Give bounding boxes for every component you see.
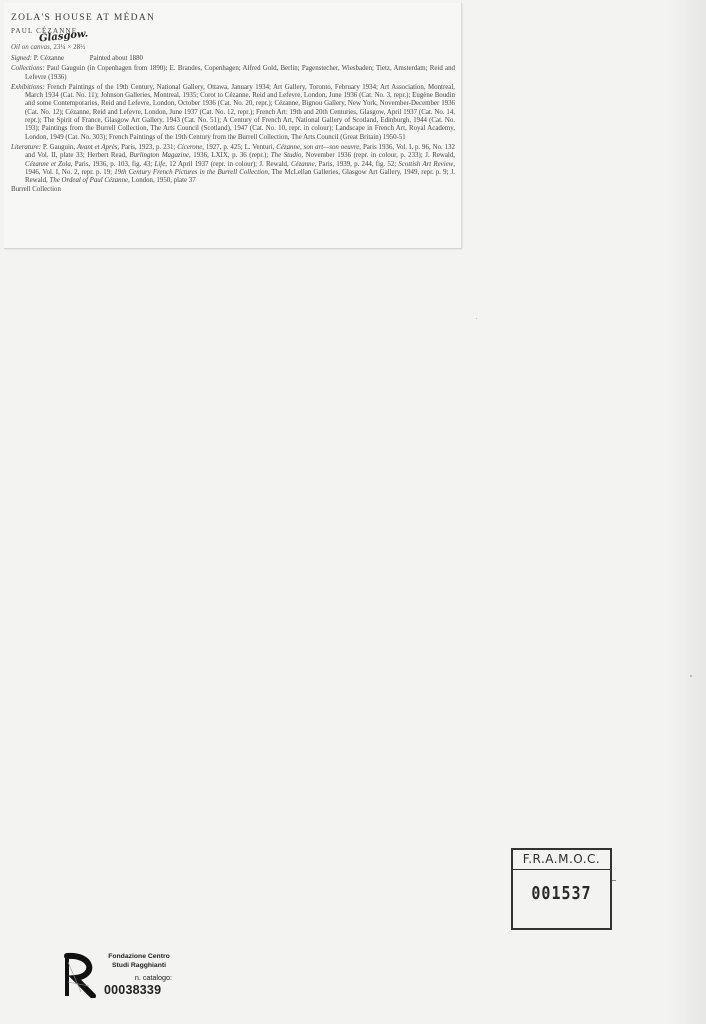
- foundation-name-2: Studi Ragghianti: [104, 961, 174, 970]
- signed-line: Signed: P. Cézanne Painted about 1880: [11, 55, 461, 63]
- collections-text: Paul Gauguin (in Copenhagen from 1890); …: [25, 65, 455, 80]
- literature-run: , Paris, 1936, p. 103, fig. 43;: [71, 161, 155, 168]
- literature-run: , 12 April 1937 (repr. in colour); J. Re…: [165, 161, 291, 168]
- publication-title: 19th Century French Pictures in the Burr…: [114, 169, 268, 176]
- page-edge-shadow: [666, 0, 706, 1024]
- publication-title: Cézanne et Zola: [25, 161, 71, 168]
- literature-run: P. Gauguin,: [43, 144, 77, 151]
- collection-footer: Burrell Collection: [11, 186, 461, 194]
- literature-run: , November 1936 (repr. in colour, p. 233…: [301, 152, 455, 159]
- painted-date: Painted about 1880: [90, 55, 143, 62]
- collections-entry: Collections: Paul Gauguin (in Copenhagen…: [11, 65, 461, 82]
- paper-speck: [476, 318, 477, 319]
- signed-value: P. Cézanne: [34, 55, 64, 62]
- stamp-header: F.R.A.M.O.C.: [513, 850, 610, 870]
- catalogue-card: ZOLA'S HOUSE AT MÉDAN PAUL CÉZANNE Glasg…: [4, 3, 462, 249]
- publication-title: Life: [155, 161, 166, 168]
- publication-title: Cézanne, son art—son oeuvre: [276, 144, 359, 151]
- stamp-number: 001537: [513, 882, 610, 904]
- publication-title: Burlington Magazine: [129, 152, 189, 159]
- medium-line: Glasgow. Oil on canvas, 23¼ × 28½: [11, 43, 461, 51]
- literature-run: , Paris, 1923, p. 231;: [117, 144, 177, 151]
- exhibitions-text: French Paintings of the 19th Century, Na…: [25, 84, 455, 141]
- stamp-mark: [612, 880, 616, 881]
- medium-label: Oil on canvas,: [11, 43, 52, 51]
- catalog-label: n. catalogo:: [104, 973, 174, 982]
- signed-label: Signed:: [11, 55, 32, 62]
- foundation-label: Fondazione Centro Studi Ragghianti n. ca…: [104, 952, 174, 997]
- literature-run: , 1936, LXIX, p. 36 (repr.);: [189, 152, 271, 159]
- dimensions: 23¼ × 28½: [53, 43, 85, 51]
- literature-run: , Paris, 1939, p. 244, fig. 52;: [315, 161, 399, 168]
- foundation-name-1: Fondazione Centro: [104, 952, 174, 961]
- artwork-title: ZOLA'S HOUSE AT MÉDAN: [11, 13, 461, 23]
- publication-title: The Studio: [271, 152, 302, 159]
- collections-label: Collections:: [11, 65, 45, 72]
- catalog-number: 00038339: [104, 983, 174, 997]
- publication-title: The Ordeal of Paul Cézanne: [50, 177, 129, 184]
- publication-title: Cézanne: [291, 161, 315, 168]
- exhibitions-entry: Exhibitions: French Paintings of the 19t…: [11, 84, 461, 142]
- publication-title: Scottish Art Review: [398, 161, 453, 168]
- literature-entry: Literature: P. Gauguin, Avant et Après, …: [11, 144, 461, 185]
- literature-run: , 1927, p. 425; L. Venturi,: [202, 144, 276, 151]
- publication-title: Avant et Après: [77, 144, 117, 151]
- exhibitions-label: Exhibitions:: [11, 84, 45, 91]
- publication-title: Cicerone: [177, 144, 202, 151]
- literature-label: Literature:: [11, 144, 41, 151]
- framoc-stamp: F.R.A.M.O.C. 001537: [511, 848, 612, 930]
- literature-text: P. Gauguin, Avant et Après, Paris, 1923,…: [25, 144, 455, 184]
- ragghianti-logo-icon: [63, 952, 97, 998]
- paper-speck: [690, 675, 692, 677]
- literature-run: , London, 1950, plate 37: [128, 177, 196, 184]
